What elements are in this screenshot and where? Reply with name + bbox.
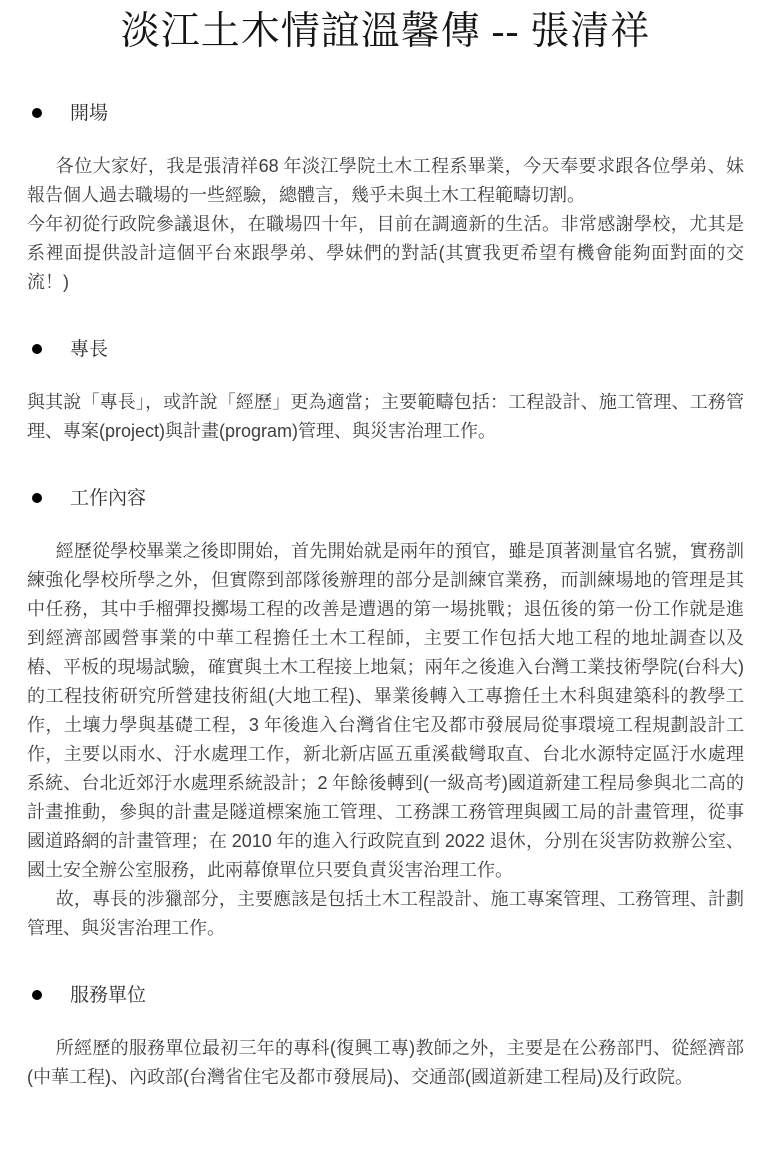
section-heading-label: 工作內容 (70, 486, 146, 511)
bullet-icon (32, 493, 42, 503)
section-heading: 開場 (27, 101, 744, 126)
paragraph: 所經歷的服務單位最初三年的專科(復興工專)教師之外，主要是在公務部門、從經濟部(… (27, 1034, 744, 1092)
section-heading-label: 服務單位 (70, 983, 146, 1008)
section-service-units: 服務單位 所經歷的服務單位最初三年的專科(復興工專)教師之外，主要是在公務部門、… (27, 983, 744, 1092)
section-work-content: 工作內容 經歷從學校畢業之後即開始，首先開始就是兩年的預官，雖是頂著測量官名號，… (27, 486, 744, 943)
section-opening: 開場 各位大家好，我是張清祥68 年淡江學院土木工程系畢業，今天奉要求跟各位學弟… (27, 101, 744, 297)
document-title: 淡江土木情誼溫馨傳 -- 張清祥 (27, 6, 744, 59)
paragraph: 經歷從學校畢業之後即開始，首先開始就是兩年的預官，雖是頂著測量官名號，實務訓練強… (27, 537, 744, 885)
document-page: 淡江土木情誼溫馨傳 -- 張清祥 開場 各位大家好，我是張清祥68 年淡江學院土… (0, 0, 771, 1155)
section-expertise: 專長 與其說「專長」，或許說「經歷」更為適當；主要範疇包括：工程設計、施工管理、… (27, 337, 744, 446)
paragraph: 各位大家好，我是張清祥68 年淡江學院土木工程系畢業，今天奉要求跟各位學弟、妹報… (27, 152, 744, 210)
paragraph: 與其說「專長」，或許說「經歷」更為適當；主要範疇包括：工程設計、施工管理、工務管… (27, 388, 744, 446)
section-heading: 工作內容 (27, 486, 744, 511)
section-heading-label: 專長 (70, 337, 108, 362)
section-heading: 專長 (27, 337, 744, 362)
section-heading-label: 開場 (70, 101, 108, 126)
paragraph: 今年初從行政院參議退休，在職場四十年，目前在調適新的生活。非常感謝學校，尤其是系… (27, 210, 744, 297)
bullet-icon (32, 990, 42, 1000)
bullet-icon (32, 108, 42, 118)
section-heading: 服務單位 (27, 983, 744, 1008)
paragraph: 故，專長的涉獵部分，主要應該是包括土木工程設計、施工專案管理、工務管理、計劃管理… (27, 885, 744, 943)
bullet-icon (32, 344, 42, 354)
